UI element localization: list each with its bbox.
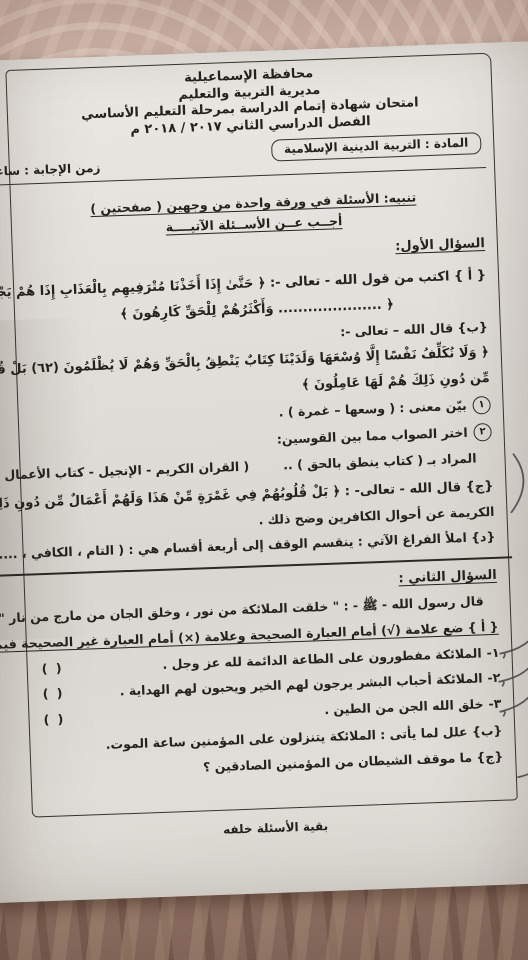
q2-part-c: {ج} ما موقف الشيطان من المؤمنين الصادقين… [43, 749, 503, 781]
choice-stem: المراد بـ ( كتاب ينطق بالحق ) .. [283, 451, 477, 474]
q1-b-sub2-text: اختر الصواب مما بين القوسين: [277, 425, 468, 447]
true-false-row: ٣- خلق الله الجن من الطين . ( ) [41, 696, 501, 728]
item-number: ٢- [487, 670, 500, 686]
item-number: ١- [486, 645, 499, 661]
answer-brackets: ( ) [39, 660, 63, 676]
exam-paper: محافظة الإسماعيلية مديرية التربية والتعل… [0, 39, 528, 904]
exam-content-box: محافظة الإسماعيلية مديرية التربية والتعل… [5, 53, 517, 818]
item-text: الملائكة مفطورون على الطاعة الدائمة لله … [162, 645, 482, 672]
notice-block: تنبيه: الأسئلة في ورقة واحدة من وجهين ( … [23, 187, 484, 240]
circled-number-2: ٢ [473, 423, 492, 442]
item-text: خلق الله الجن من الطين . [324, 696, 484, 717]
question1-title: السؤال الأول: [25, 236, 485, 269]
circled-number-1: ١ [472, 396, 491, 415]
answer-brackets: ( ) [40, 686, 64, 702]
rest-of-questions-note: بقية الأسئلة خلفه [33, 812, 519, 843]
q2-part-b: {ب} علل لما يأتى : الملائكة يتنزلون على … [42, 722, 502, 754]
item-text: الملائكة أحباب البشر يرجون لهم الخير ويح… [120, 671, 483, 700]
q1-b-sub1-text: بيّن معنى : ( وسعها – غمرة ) . [279, 398, 467, 420]
photo-frame: محافظة الإسماعيلية مديرية التربية والتعل… [0, 0, 528, 960]
choice-options: ( القران الكريم - الإنجيل - كتاب الأعمال… [0, 459, 250, 486]
item-number: ٣- [488, 696, 501, 712]
answer-time-label: زمن الإجابة : ساعة ونصف [0, 161, 101, 182]
subject-badge: المادة : التربية الدينية الإسلامية [271, 132, 482, 162]
answer-brackets: ( ) [41, 711, 65, 727]
